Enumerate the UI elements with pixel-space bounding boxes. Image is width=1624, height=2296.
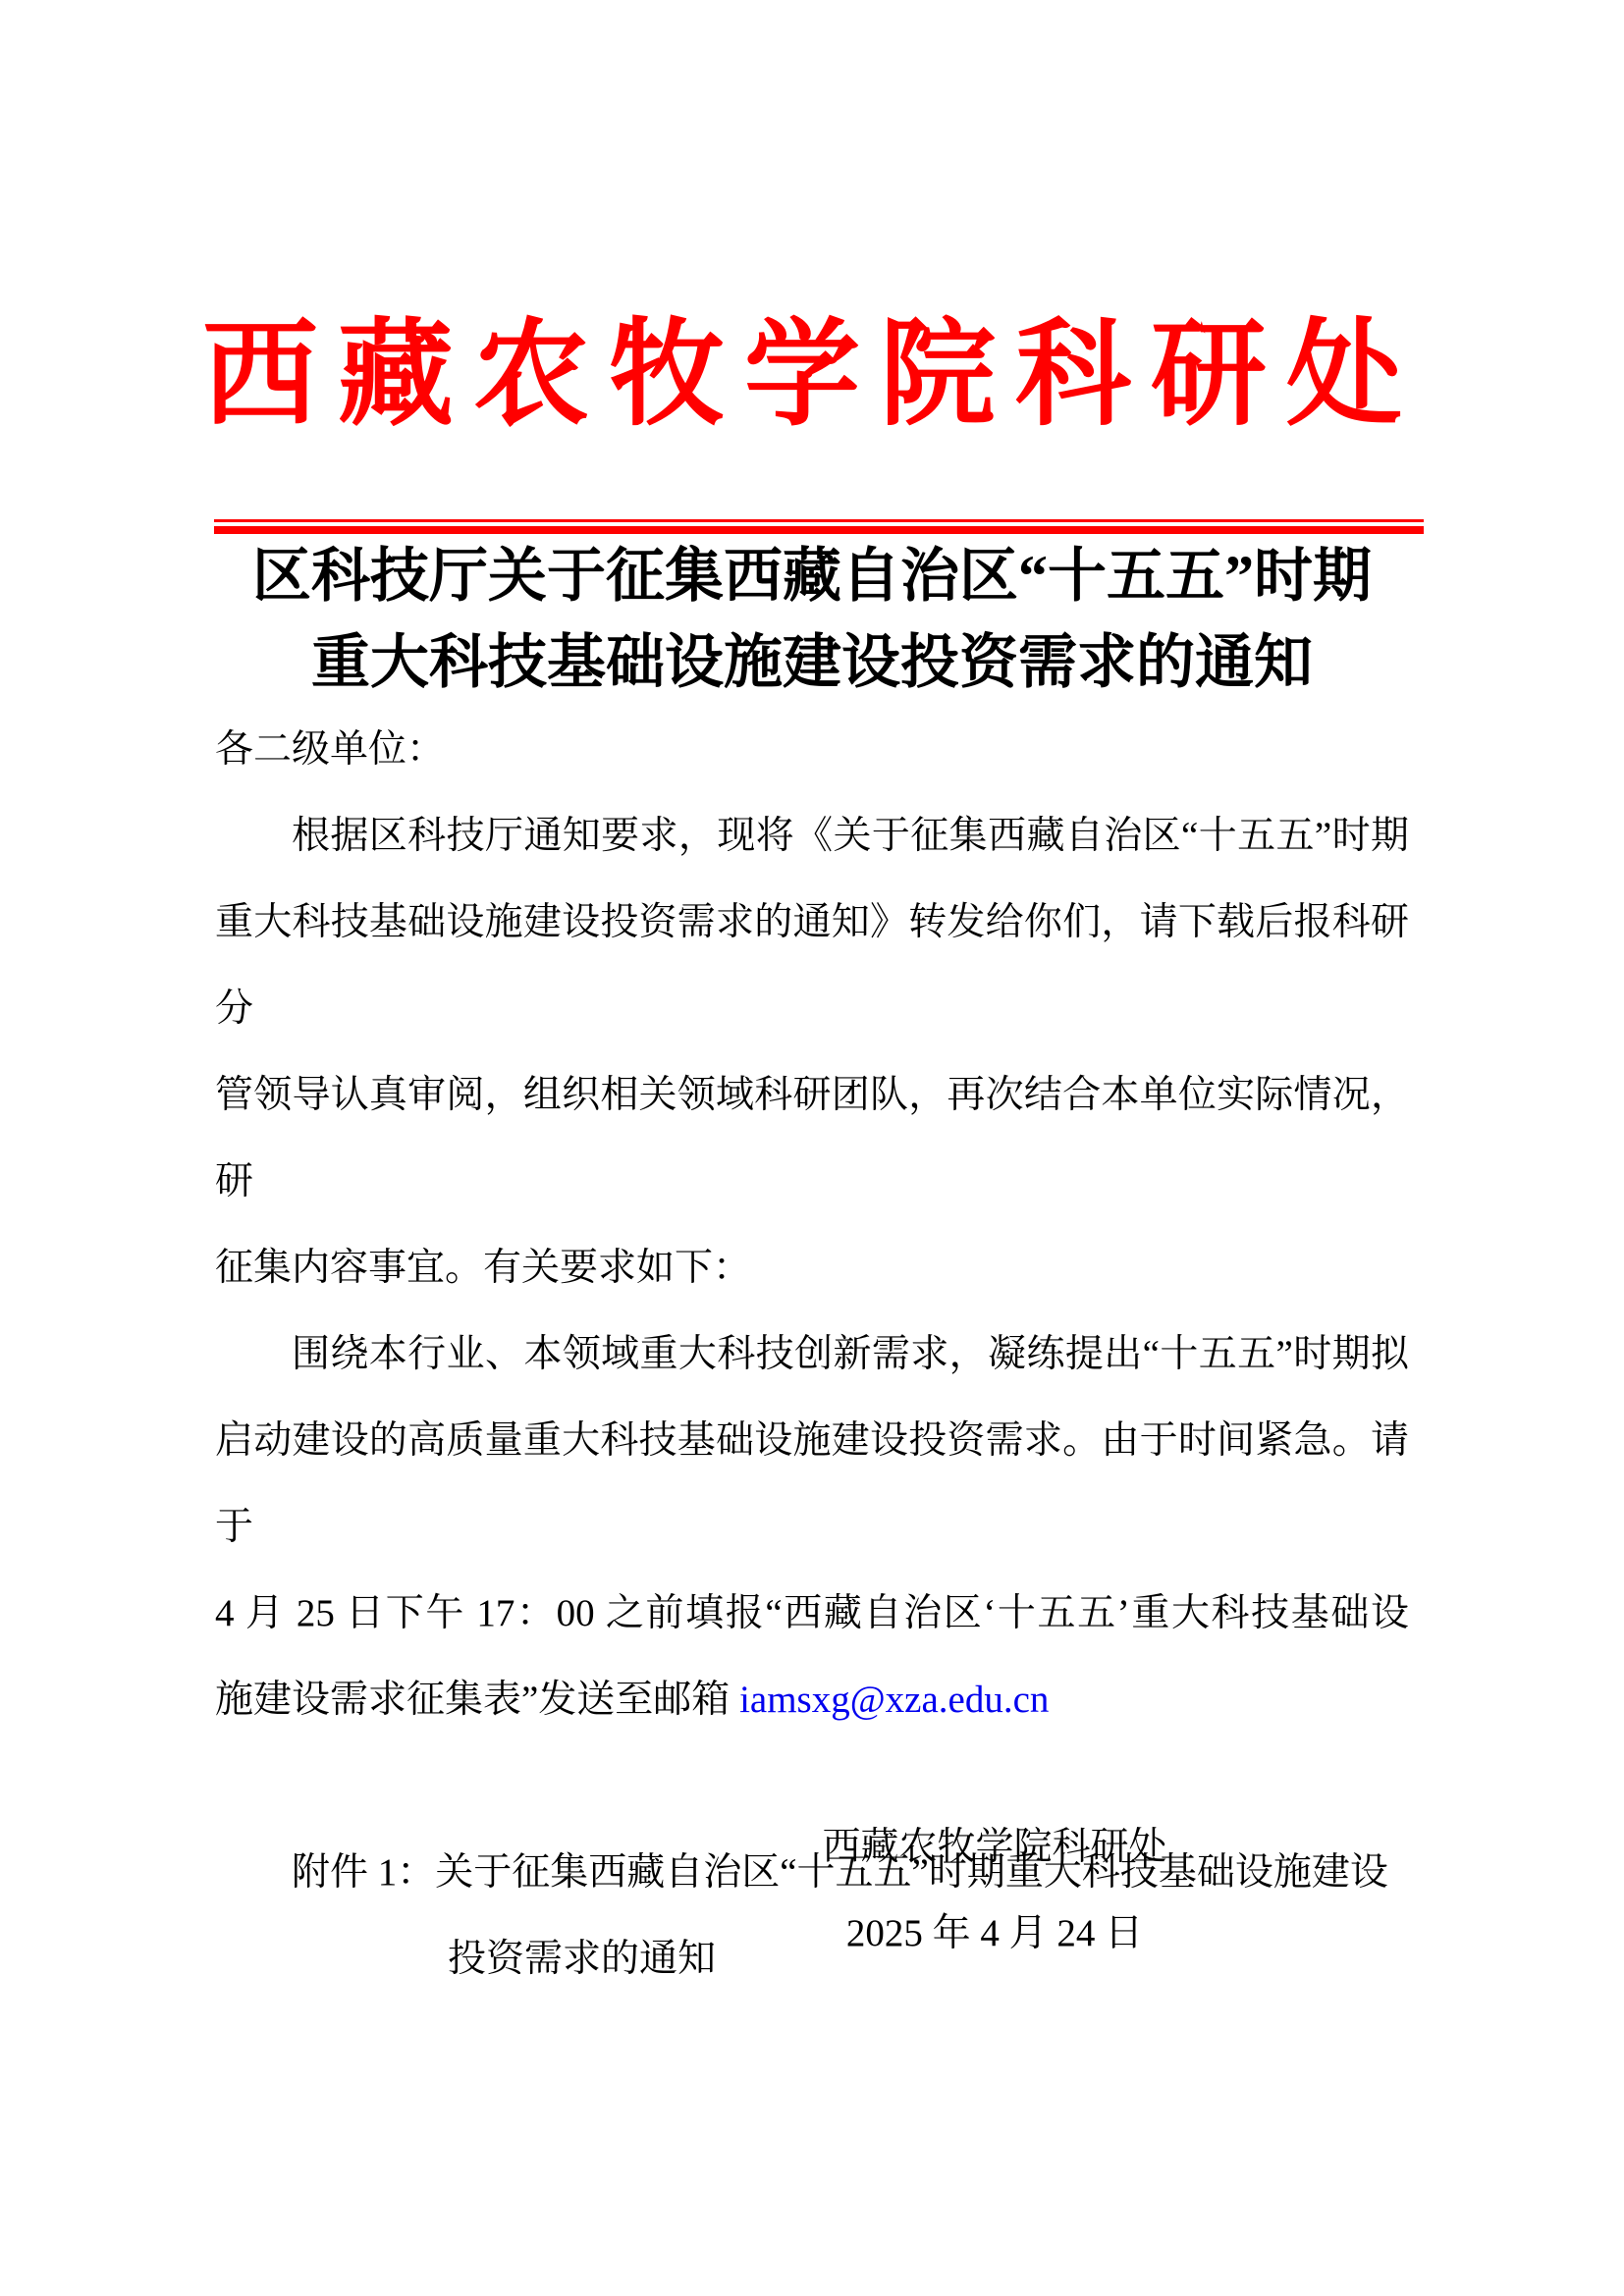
document-title-line2: 重大科技基础设施建设投资需求的通知: [0, 619, 1624, 706]
red-divider-rule: [214, 519, 1424, 534]
paragraph1-line4: 征集内容事宜。有关要求如下：: [215, 1225, 1409, 1311]
document-title-line1: 区科技厅关于征集西藏自治区“十五五”时期: [0, 533, 1624, 619]
paragraph1-line1: 根据区科技厅通知要求，现将《关于征集西藏自治区“十五五”时期: [215, 793, 1409, 880]
paragraph2-line4: 施建设需求征集表”发送至邮箱 iamsxg@xza.edu.cn: [215, 1657, 1409, 1743]
paragraph2-line4-text: 施建设需求征集表”发送至邮箱: [215, 1679, 739, 1721]
date-line: 2025 年 4 月 24 日: [798, 1891, 1191, 1977]
paragraph1-line3: 管领导认真审阅，组织相关领域科研团队，再次结合本单位实际情况，研: [215, 1052, 1409, 1225]
paragraph2-line1: 围绕本行业、本领域重大科技创新需求，凝练提出“十五五”时期拟: [215, 1311, 1409, 1398]
email-link[interactable]: iamsxg@xza.edu.cn: [739, 1679, 1049, 1721]
document-page: 西藏农牧学院科研处 区科技厅关于征集西藏自治区“十五五”时期 重大科技基础设施建…: [0, 0, 1624, 2296]
paragraph1-line2: 重大科技基础设施建设投资需求的通知》转发给你们，请下载后报科研分: [215, 880, 1409, 1052]
paragraph2-line3: 4 月 25 日下午 17：00 之前填报“西藏自治区‘十五五’重大科技基础设: [215, 1571, 1409, 1657]
document-title: 区科技厅关于征集西藏自治区“十五五”时期 重大科技基础设施建设投资需求的通知: [0, 533, 1624, 706]
signature-line: 西藏农牧学院科研处: [798, 1804, 1191, 1891]
signoff-block: 西藏农牧学院科研处 2025 年 4 月 24 日: [798, 1804, 1191, 1977]
org-header-title: 西藏农牧学院科研处: [0, 312, 1624, 440]
salutation-line: 各二级单位：: [215, 707, 1409, 793]
paragraph2-line2: 启动建设的高质量重大科技基础设施建设投资需求。由于时间紧急。请于: [215, 1398, 1409, 1571]
